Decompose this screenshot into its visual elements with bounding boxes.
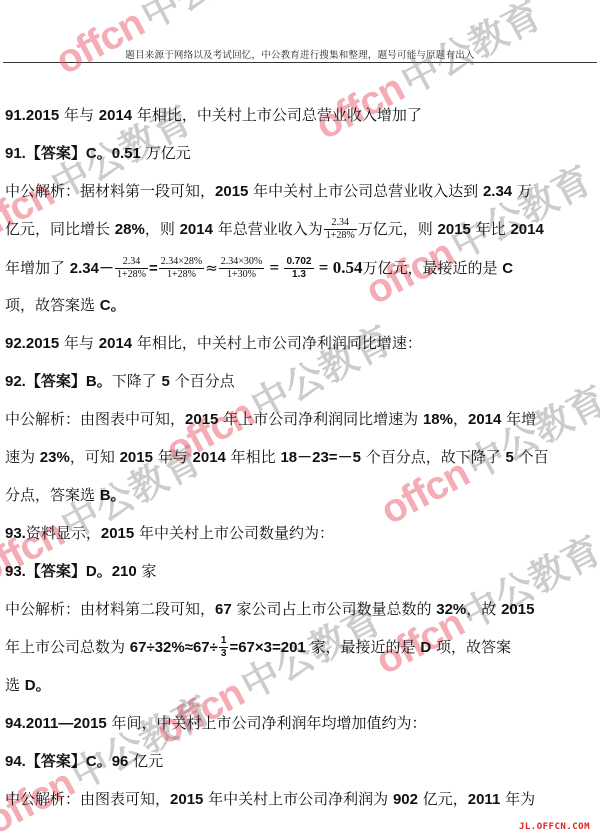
question-91-stem: 91.2015 年与 2014 年相比，中关村上市公司总营业收入增加了 xyxy=(5,102,597,129)
question-91-answer: 91.【答案】C。0.51 万亿元 xyxy=(5,140,597,167)
question-92-analysis-line: 中公解析：由图表中可知，2015 年上市公司净利润同比增速为 18%，2014 … xyxy=(5,406,597,433)
question-91-analysis-line: 亿元，同比增长 28%，则 2014 年总营业收入为2.341+28%万亿元，则… xyxy=(5,216,597,243)
question-92-analysis-line: 分点，答案选 B。 xyxy=(5,482,597,509)
question-93-analysis-line: 年上市公司总数为 67÷32%≈67÷13=67×3=201 家，最接近的是 D… xyxy=(5,634,597,661)
site-url-watermark: JL.OFFCN.COM xyxy=(519,822,590,832)
fraction: 0.7021.3 xyxy=(284,256,313,281)
question-94-answer: 94.【答案】C。96 亿元 xyxy=(5,748,597,775)
document-body: 91.2015 年与 2014 年相比，中关村上市公司总营业收入增加了 91.【… xyxy=(5,102,597,813)
fraction: 2.341+28% xyxy=(324,217,357,242)
question-93-answer: 93.【答案】D。210 家 xyxy=(5,558,597,585)
question-93-analysis-line: 中公解析：由材料第二段可知，67 家公司占上市公司数量总数的 32%，故 201… xyxy=(5,596,597,623)
question-93-analysis-line: 选 D。 xyxy=(5,672,597,699)
question-91-analysis-line: 中公解析：据材料第一段可知，2015 年中关村上市公司总营业收入达到 2.34 … xyxy=(5,178,597,205)
question-91-analysis-line: 项，故答案选 C。 xyxy=(5,292,597,319)
watermark: offcn中公教育 xyxy=(44,0,289,85)
question-91-analysis-formula: 年增加了 2.34－2.341+28%=2.34×28%1+28%≈2.34×3… xyxy=(5,254,597,281)
header-note: 题目来源于网络以及考试回忆，中公教育进行搜集和整理，题号可能与原题有出入 xyxy=(0,47,600,61)
header-divider xyxy=(3,62,597,63)
question-93-stem: 93.资料显示，2015 年中关村上市公司数量约为： xyxy=(5,520,597,547)
fraction: 2.34×28%1+28% xyxy=(159,256,204,281)
question-92-stem: 92.2015 年与 2014 年相比，中关村上市公司净利润同比增速： xyxy=(5,330,597,357)
fraction: 2.34×30%1+30% xyxy=(219,256,264,281)
question-94-analysis-line: 中公解析：由图表可知，2015 年中关村上市公司净利润为 902 亿元，2011… xyxy=(5,786,597,813)
question-92-analysis-line: 速为 23%，可知 2015 年与 2014 年相比 18－23=－5 个百分点… xyxy=(5,444,597,471)
fraction: 2.341+28% xyxy=(115,256,148,281)
question-92-answer: 92.【答案】B。下降了 5 个百分点 xyxy=(5,368,597,395)
question-94-stem: 94.2011—2015 年间，中关村上市公司净利润年均增加值约为： xyxy=(5,710,597,737)
fraction: 13 xyxy=(219,635,229,660)
